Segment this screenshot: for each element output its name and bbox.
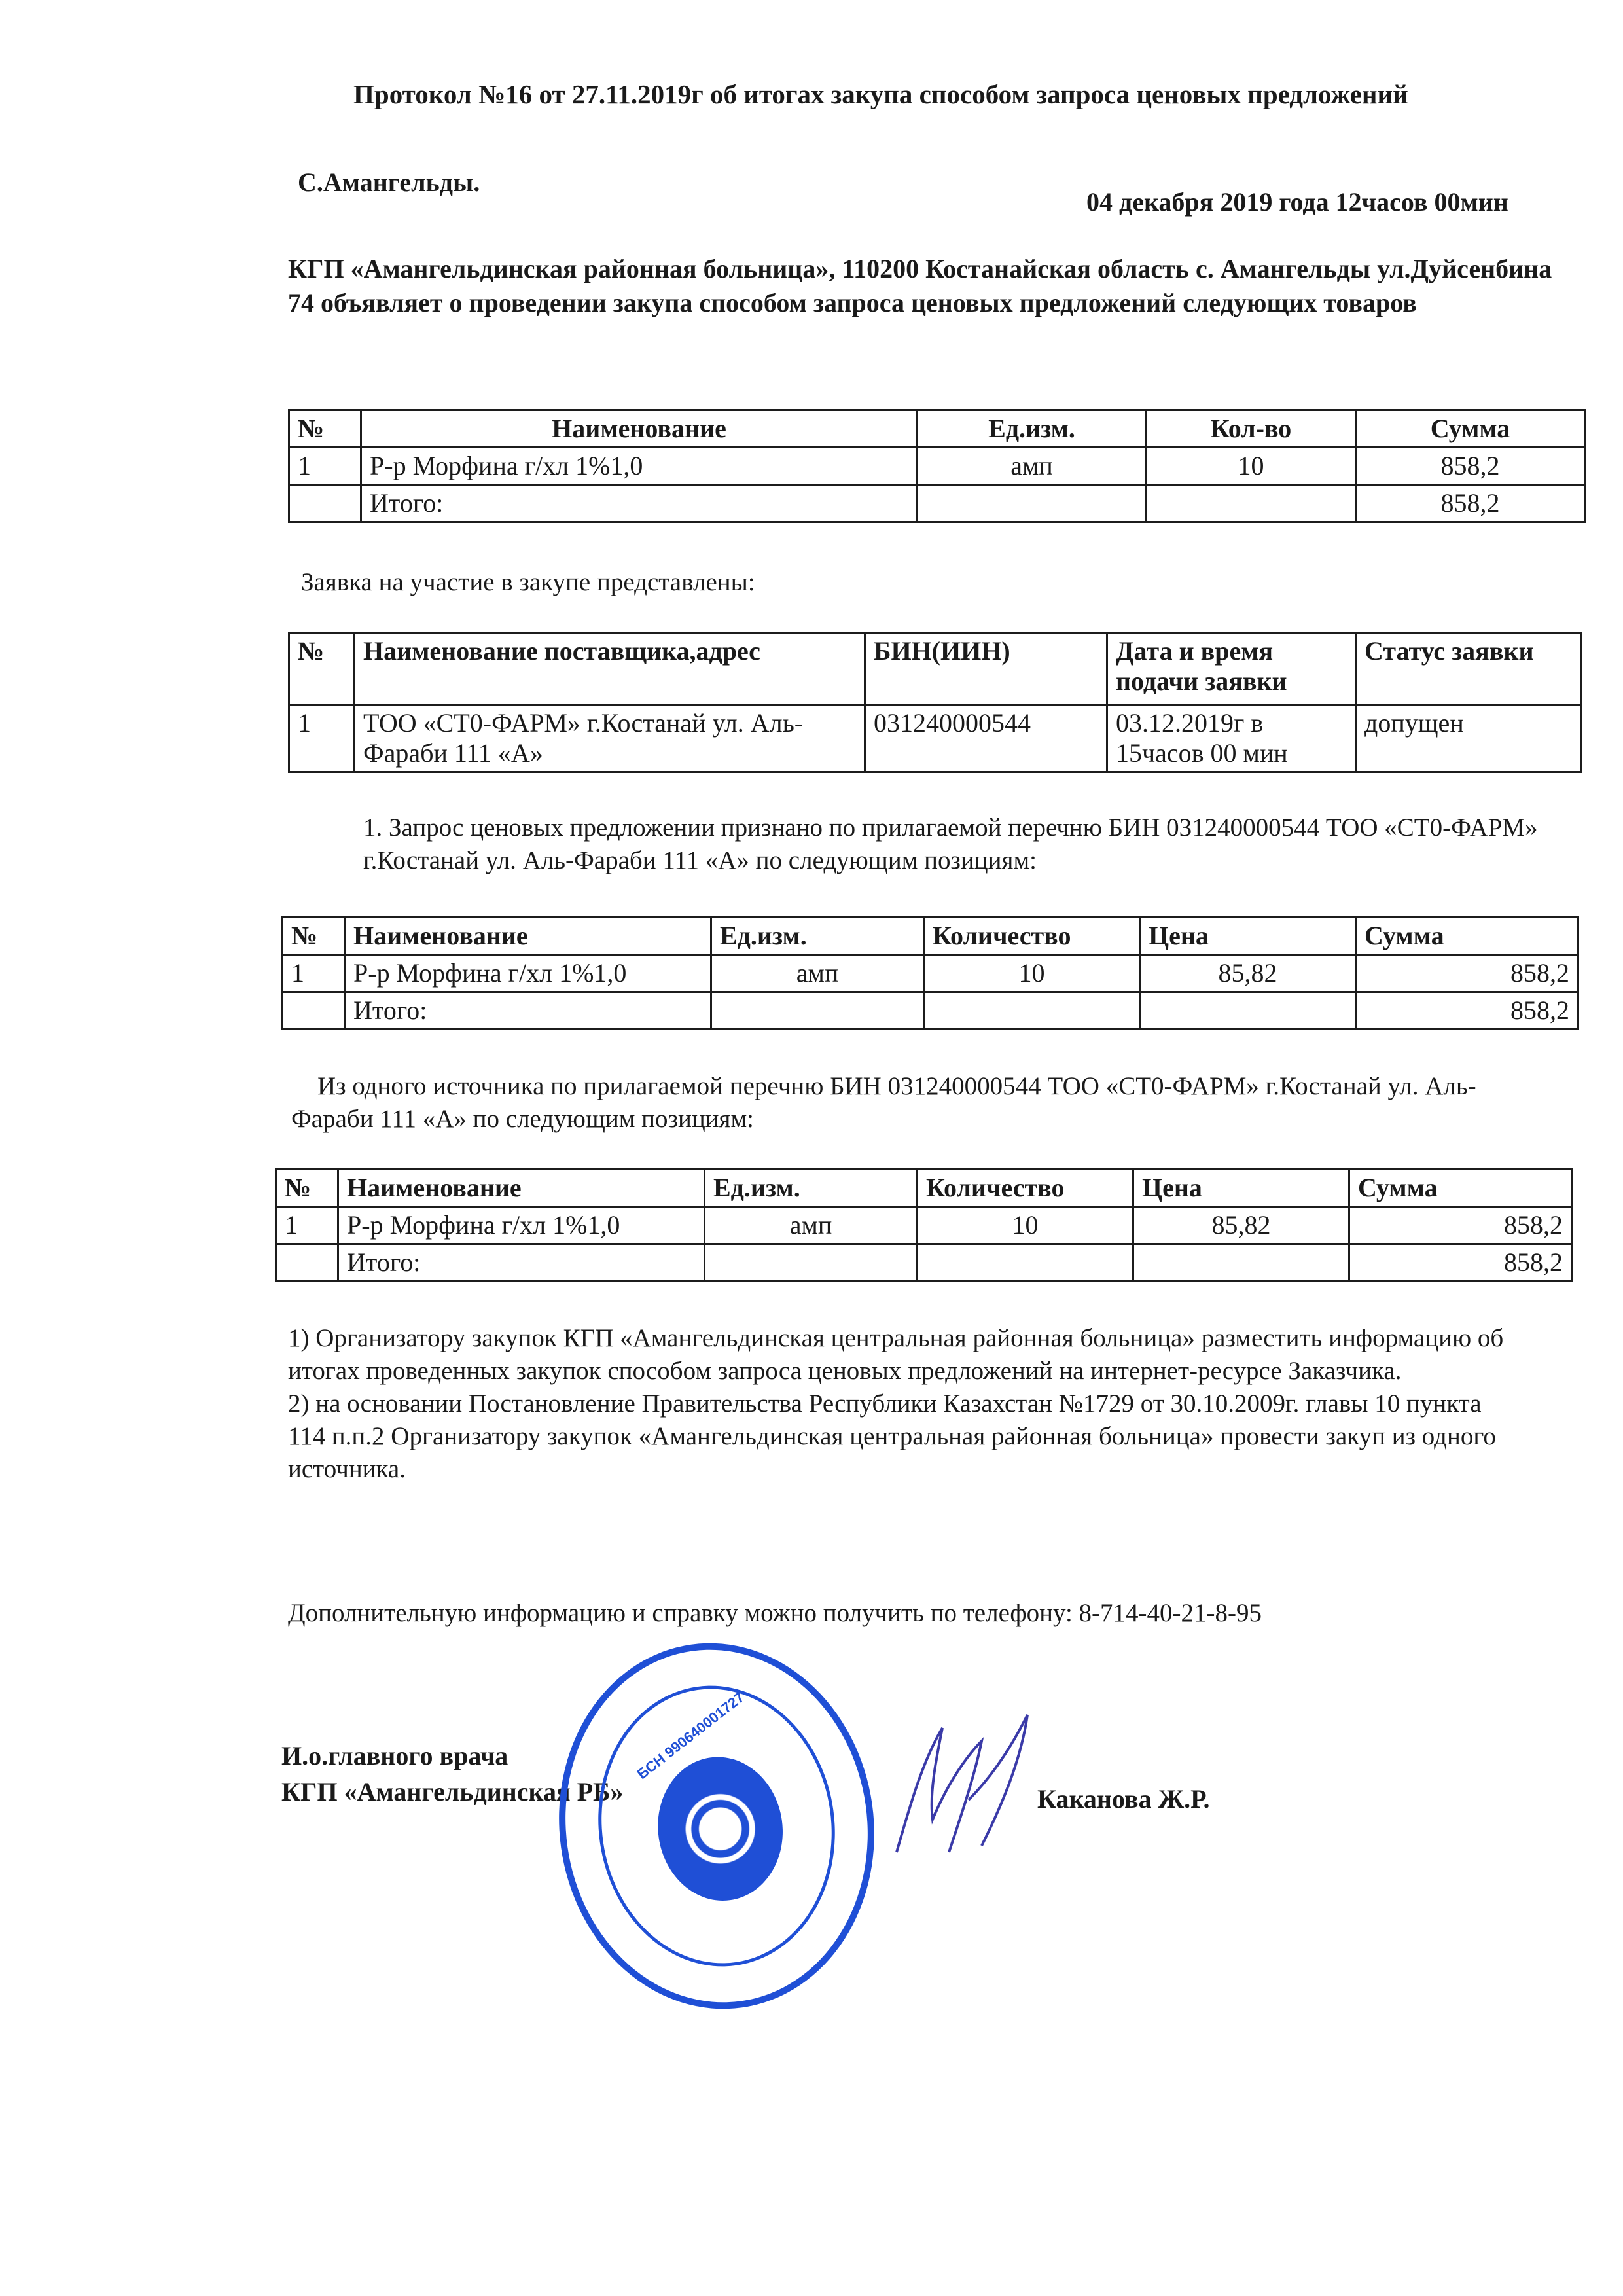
table-header-row: № Наименование Ед.изм. Количество Цена С… bbox=[276, 1170, 1572, 1207]
col-unit: Ед.изм. bbox=[711, 918, 924, 955]
cell-sum: 858,2 bbox=[1349, 1207, 1572, 1244]
total-row: Итого: 858,2 bbox=[283, 992, 1578, 1030]
table-row: 1 ТОО «СТ0-ФАРМ» г.Костанай ул. Аль-Фара… bbox=[289, 705, 1582, 772]
place-label: С.Амангельды. bbox=[298, 167, 480, 198]
cell-price: 85,82 bbox=[1140, 955, 1356, 992]
cell-sum: 858,2 bbox=[1356, 448, 1585, 485]
result-paragraph-2: Из одного источника по прилагаемой переч… bbox=[291, 1070, 1482, 1136]
price-table-2: № Наименование Ед.изм. Количество Цена С… bbox=[275, 1168, 1573, 1282]
col-sum: Сумма bbox=[1349, 1170, 1572, 1207]
cell-unit: амп bbox=[705, 1207, 918, 1244]
table-row: 1 Р-р Морфина г/хл 1%1,0 амп 10 85,82 85… bbox=[276, 1207, 1572, 1244]
official-stamp: ҚОСТАНАЙ ОБЛЫСЫ ӘКІМДІГІ ДЕНСАУЛЫҚ САҚТА… bbox=[535, 1623, 897, 2029]
cell-qty: 10 bbox=[918, 1207, 1133, 1244]
cell-bin: 031240000544 bbox=[865, 705, 1107, 772]
col-bin: БИН(ИИН) bbox=[865, 633, 1107, 705]
cell-qty: 10 bbox=[1147, 448, 1356, 485]
total-label: Итого: bbox=[338, 1244, 705, 1282]
total-label: Итого: bbox=[345, 992, 711, 1030]
cell-unit: амп bbox=[918, 448, 1147, 485]
col-price: Цена bbox=[1140, 918, 1356, 955]
col-unit: Ед.изм. bbox=[918, 410, 1147, 448]
goods-table: № Наименование Ед.изм. Кол-во Сумма 1 Р-… bbox=[288, 409, 1586, 523]
total-label: Итого: bbox=[361, 485, 918, 522]
total-sum: 858,2 bbox=[1356, 992, 1578, 1030]
table-row: 1 Р-р Морфина г/хл 1%1,0 амп 10 858,2 bbox=[289, 448, 1585, 485]
col-datetime: Дата и время подачи заявки bbox=[1107, 633, 1356, 705]
decision-item: 1) Организатору закупок КГП «Амангельдин… bbox=[288, 1322, 1518, 1388]
result-paragraph-1: 1. Запрос ценовых предложении признано п… bbox=[363, 812, 1554, 877]
total-row: Итого: 858,2 bbox=[289, 485, 1585, 522]
total-sum: 858,2 bbox=[1356, 485, 1585, 522]
table-row: 1 Р-р Морфина г/хл 1%1,0 амп 10 85,82 85… bbox=[283, 955, 1578, 992]
col-no: № bbox=[276, 1170, 338, 1207]
handwritten-signature-icon bbox=[870, 1702, 1041, 1872]
table-header-row: № Наименование Ед.изм. Кол-во Сумма bbox=[289, 410, 1585, 448]
cell-name: Р-р Морфина г/хл 1%1,0 bbox=[338, 1207, 705, 1244]
price-table-1: № Наименование Ед.изм. Количество Цена С… bbox=[281, 916, 1579, 1030]
cell-no: 1 bbox=[289, 705, 355, 772]
col-supplier: Наименование поставщика,адрес bbox=[355, 633, 865, 705]
document-title: Протокол №16 от 27.11.2019г об итогах за… bbox=[353, 79, 1408, 110]
col-name: Наименование bbox=[361, 410, 918, 448]
cell-name: Р-р Морфина г/хл 1%1,0 bbox=[361, 448, 918, 485]
cell-no: 1 bbox=[276, 1207, 338, 1244]
col-qty: Количество bbox=[924, 918, 1140, 955]
applications-table: № Наименование поставщика,адрес БИН(ИИН)… bbox=[288, 632, 1582, 773]
signer-name: Каканова Ж.Р. bbox=[1037, 1784, 1210, 1814]
cell-datetime: 03.12.2019г в 15часов 00 мин bbox=[1107, 705, 1356, 772]
col-name: Наименование bbox=[338, 1170, 705, 1207]
contact-info: Дополнительную информацию и справку можн… bbox=[288, 1597, 1262, 1630]
cell-qty: 10 bbox=[924, 955, 1140, 992]
col-qty: Количество bbox=[918, 1170, 1133, 1207]
col-no: № bbox=[283, 918, 345, 955]
cell-price: 85,82 bbox=[1133, 1207, 1349, 1244]
cell-name: Р-р Морфина г/хл 1%1,0 bbox=[345, 955, 711, 992]
document-date: 04 декабря 2019 года 12часов 00мин bbox=[1086, 187, 1508, 217]
applications-heading: Заявка на участие в закупе представлены: bbox=[301, 566, 755, 599]
col-sum: Сумма bbox=[1356, 918, 1578, 955]
cell-no: 1 bbox=[283, 955, 345, 992]
total-row: Итого: 858,2 bbox=[276, 1244, 1572, 1282]
total-sum: 858,2 bbox=[1349, 1244, 1572, 1282]
col-unit: Ед.изм. bbox=[705, 1170, 918, 1207]
col-sum: Сумма bbox=[1356, 410, 1585, 448]
table-header-row: № Наименование Ед.изм. Количество Цена С… bbox=[283, 918, 1578, 955]
intro-paragraph: КГП «Амангельдинская районная больница»,… bbox=[288, 252, 1584, 320]
col-name: Наименование bbox=[345, 918, 711, 955]
col-qty: Кол-во bbox=[1147, 410, 1356, 448]
cell-sum: 858,2 bbox=[1356, 955, 1578, 992]
cell-no: 1 bbox=[289, 448, 361, 485]
table-header-row: № Наименование поставщика,адрес БИН(ИИН)… bbox=[289, 633, 1582, 705]
cell-supplier: ТОО «СТ0-ФАРМ» г.Костанай ул. Аль-Фараби… bbox=[355, 705, 865, 772]
col-status: Статус заявки bbox=[1356, 633, 1582, 705]
col-no: № bbox=[289, 410, 361, 448]
col-no: № bbox=[289, 633, 355, 705]
decisions-block: 1) Организатору закупок КГП «Амангельдин… bbox=[288, 1322, 1518, 1486]
decision-item: 2) на основании Постановление Правительс… bbox=[288, 1388, 1518, 1486]
col-price: Цена bbox=[1133, 1170, 1349, 1207]
cell-unit: амп bbox=[711, 955, 924, 992]
cell-status: допущен bbox=[1356, 705, 1582, 772]
